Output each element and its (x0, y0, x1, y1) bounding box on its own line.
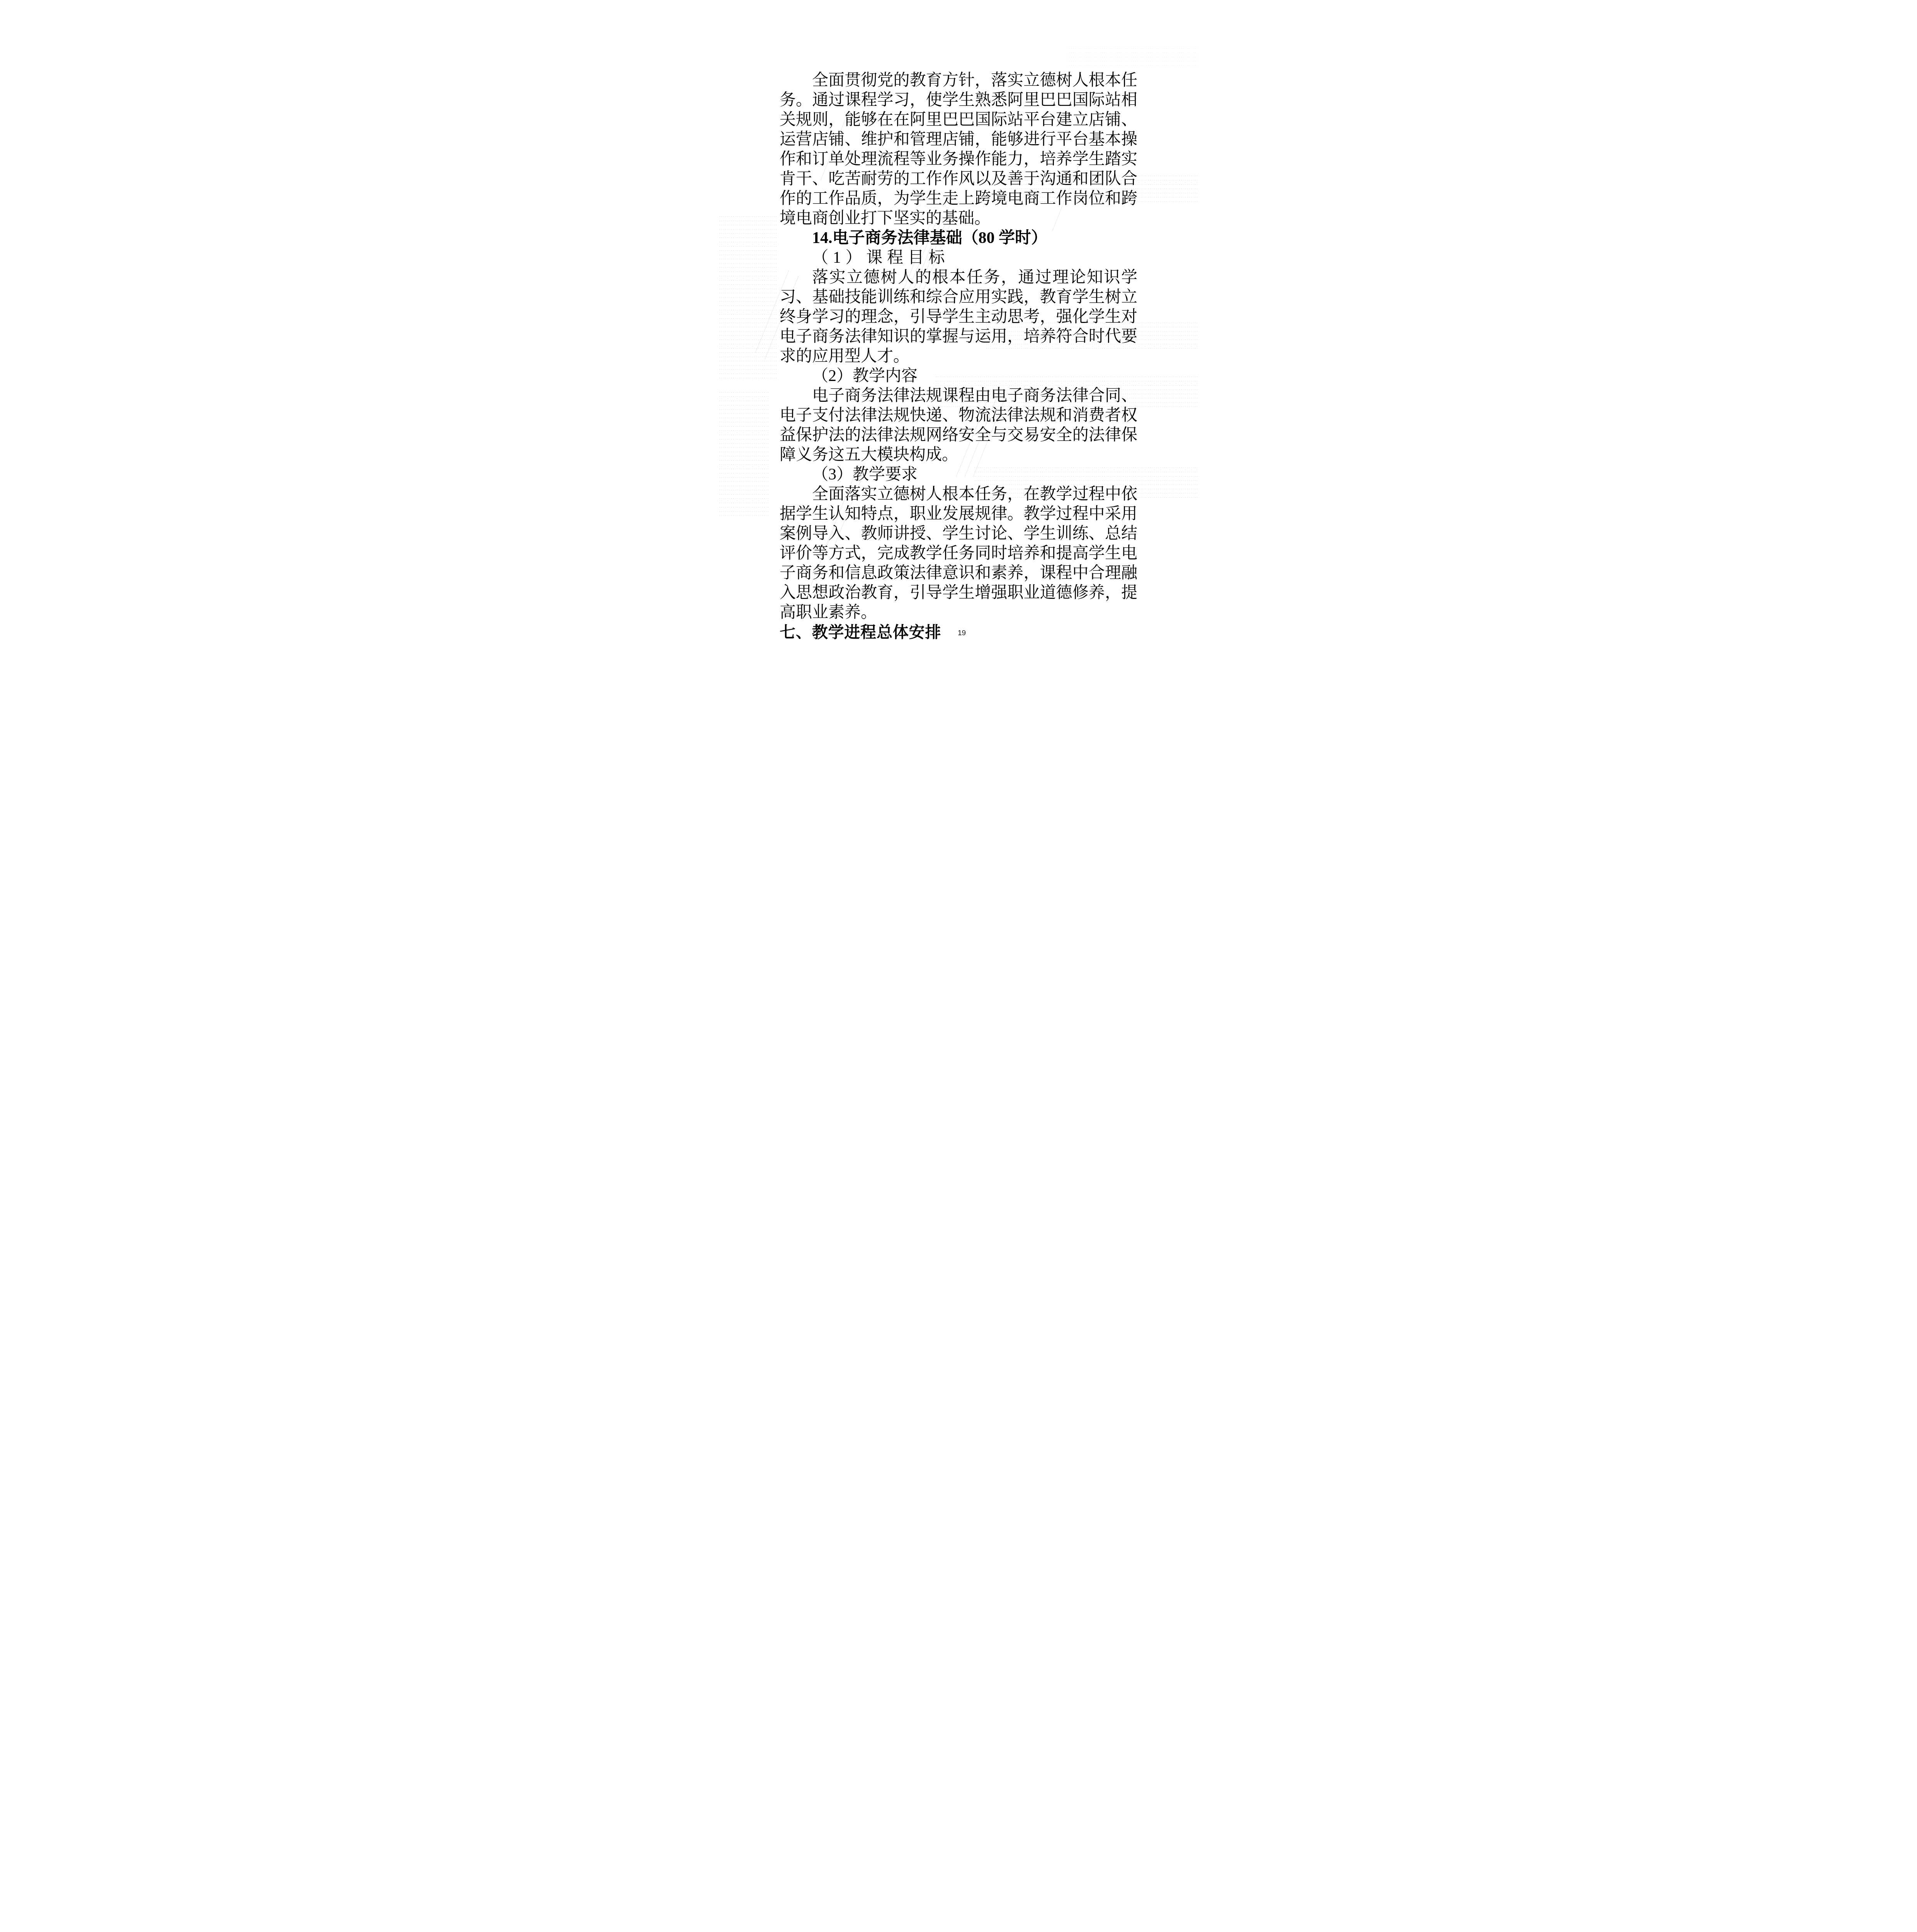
page-number: 19 (958, 629, 966, 638)
paragraph-teaching-content: 电子商务法律法规课程由电子商务法律合同、电子支付法律法规快递、物流法律法规和消费… (780, 386, 1137, 465)
watermark-dotted-lines-left-1 (719, 214, 777, 381)
watermark-dotted-lines-left-2 (719, 390, 769, 518)
subheading-3-teaching-requirements: （3）教学要求 (780, 465, 1137, 485)
watermark-dotted-lines-top (1067, 46, 1198, 70)
heading-course-14-ecommerce-law: 14.电子商务法律基础（80 学时） (780, 228, 1137, 248)
paragraph-course-13-requirements: 全面贯彻党的教育方针，落实立德树人根本任务。通过课程学习，使学生熟悉阿里巴巴国际… (780, 71, 1137, 228)
paragraph-course-objectives: 落实立德树人的根本任务，通过理论知识学习、基础技能训练和综合应用实践，教育学生树… (780, 268, 1137, 366)
document-body: 全面贯彻党的教育方针，落实立德树人根本任务。通过课程学习，使学生熟悉阿里巴巴国际… (780, 71, 1137, 642)
paragraph-teaching-requirements: 全面落实立德树人根本任务，在教学过程中依据学生认知特点，职业发展规律。教学过程中… (780, 485, 1137, 622)
subheading-2-teaching-content: （2）教学内容 (780, 366, 1137, 386)
subheading-1-course-objectives: （1）课程目标 (780, 248, 1137, 268)
document-page: 全面贯彻党的教育方针，落实立德树人根本任务。通过课程学习，使学生熟悉阿里巴巴国际… (719, 0, 1198, 678)
